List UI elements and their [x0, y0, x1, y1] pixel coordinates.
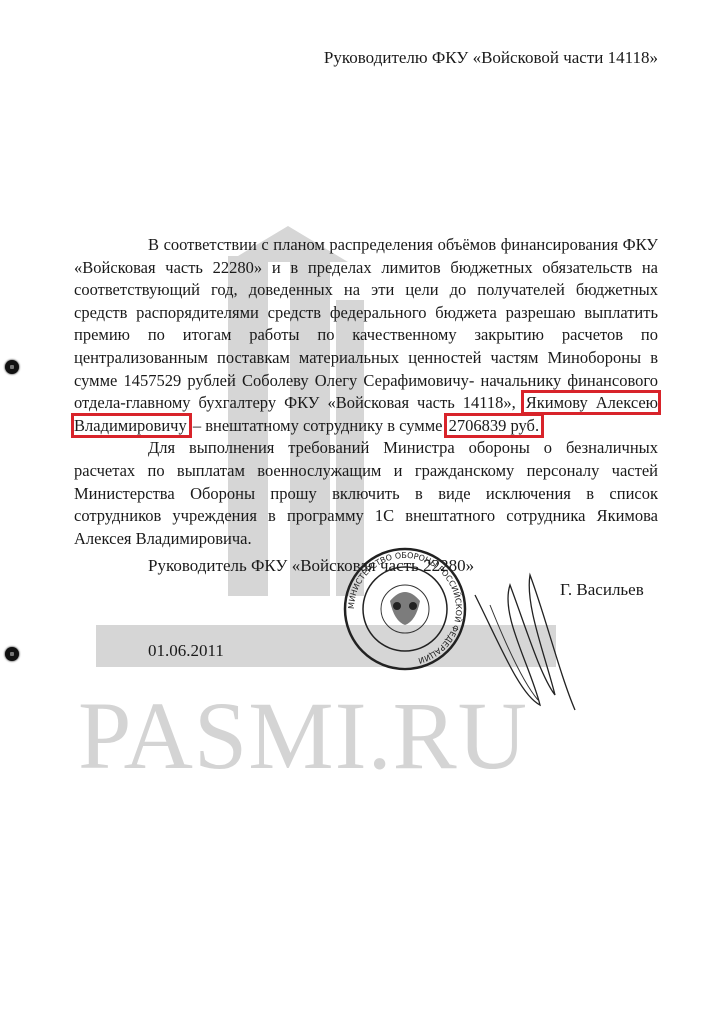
document-date: 01.06.2011 — [148, 641, 224, 661]
punch-hole-icon — [5, 360, 19, 374]
watermark-text: PASMI.RU — [78, 688, 528, 784]
signature-icon — [470, 565, 580, 715]
highlighted-amount: 2706839 руб. — [447, 416, 541, 435]
paragraph-1-text: В соответствии с планом распределения об… — [74, 235, 658, 412]
paragraph-1-continuation: – внештатному сотруднику в сумме — [189, 416, 447, 435]
paragraph-1: В соответствии с планом распределения об… — [74, 234, 658, 437]
official-stamp-icon: МИНИСТЕРСТВО ОБОРОНЫ РОССИЙСКОЙ ФЕДЕРАЦИ… — [342, 546, 468, 672]
punch-hole-icon — [5, 647, 19, 661]
addressee: Руководителю ФКУ «Войсковой части 14118» — [324, 48, 658, 68]
letter-body: В соответствии с планом распределения об… — [74, 234, 658, 550]
paragraph-2: Для выполнения требований Министра оборо… — [74, 437, 658, 550]
